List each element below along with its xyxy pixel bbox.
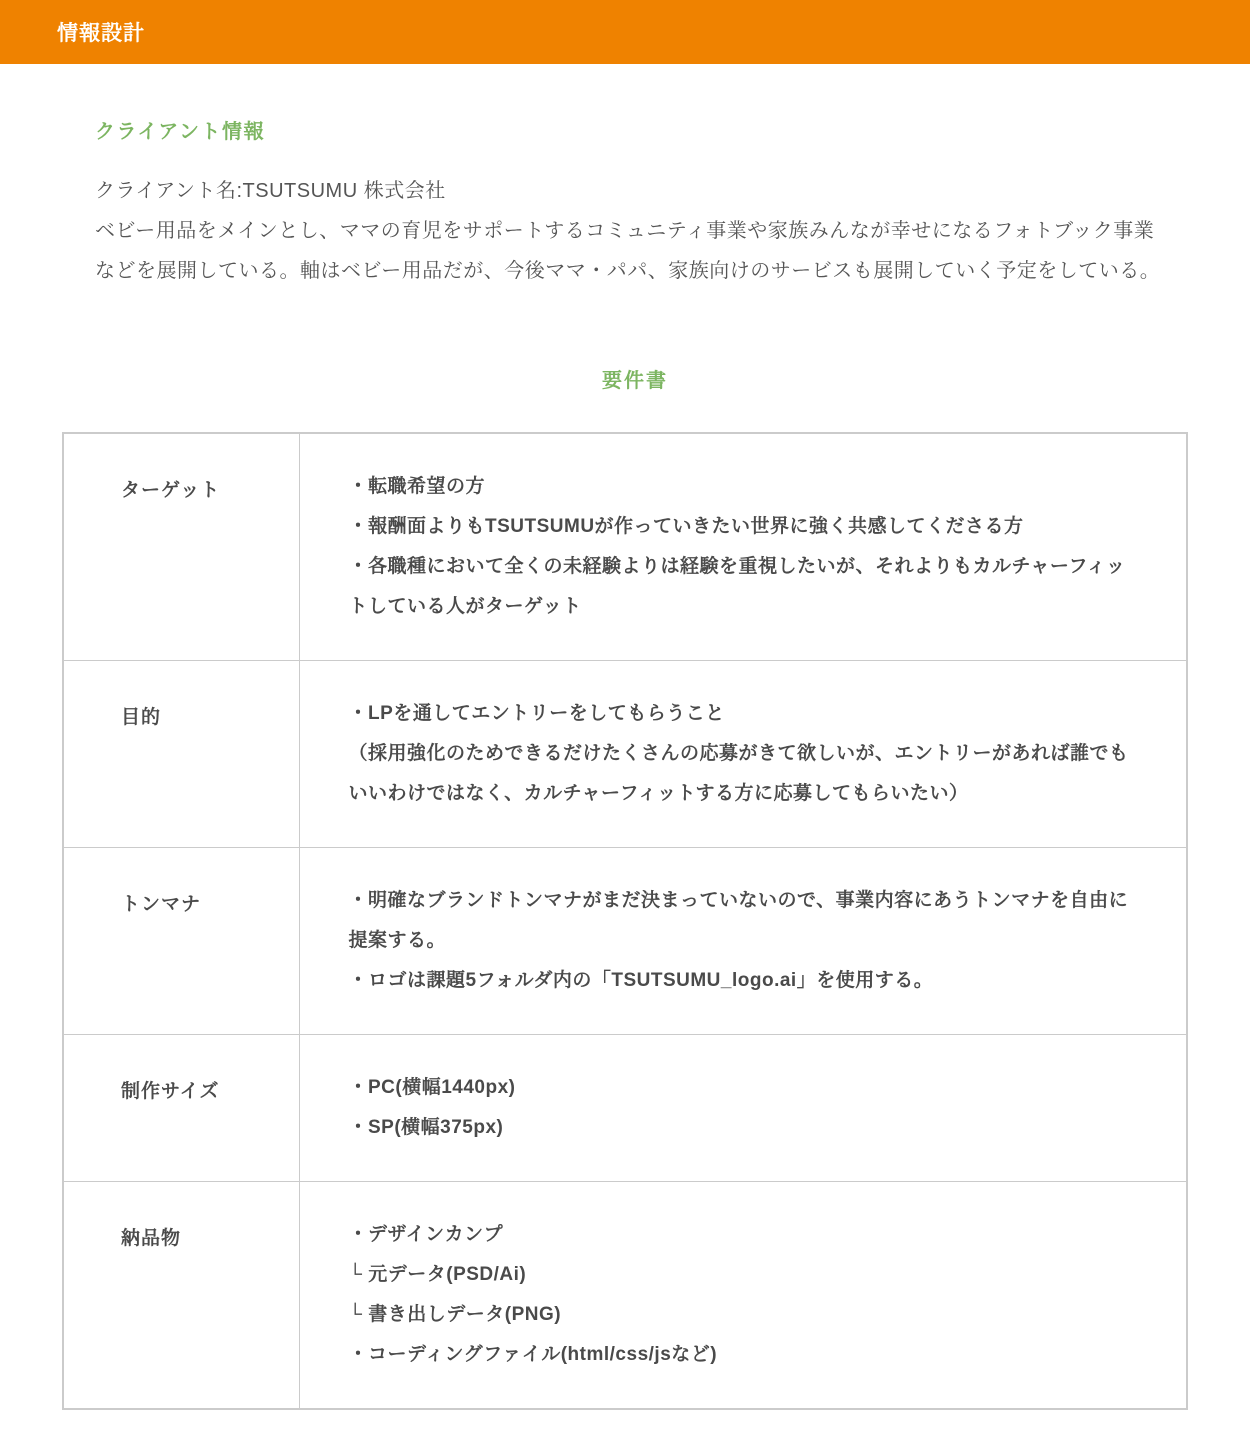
content-line: ・PC(横幅1440px) <box>349 1068 1139 1108</box>
row-label-target: ターゲット <box>63 433 299 661</box>
requirements-table: ターゲット ・転職希望の方 ・報酬面よりもTSUTSUMUが作っていきたい世界に… <box>62 432 1188 1410</box>
row-content-deliverables: ・デザインカンプ └ 元データ(PSD/Ai) └ 書き出しデータ(PNG) ・… <box>299 1182 1187 1410</box>
client-info-paragraph: クライアント名:TSUTSUMU 株式会社 ベビー用品をメインとし、ママの育児を… <box>95 171 1170 291</box>
content-line: ・ロゴは課題5フォルダ内の「TSUTSUMU_logo.ai」を使用する。 <box>349 961 1139 1001</box>
client-info-heading: クライアント情報 <box>95 115 1175 144</box>
content-line: ・コーディングファイル(html/css/jsなど) <box>349 1335 1139 1375</box>
table-row-target: ターゲット ・転職希望の方 ・報酬面よりもTSUTSUMUが作っていきたい世界に… <box>63 433 1187 661</box>
content-line: ・デザインカンプ <box>349 1215 1139 1255</box>
content-line: ・LPを通してエントリーをしてもらうこと <box>349 694 1139 734</box>
table-row-production-size: 制作サイズ ・PC(横幅1440px) ・SP(横幅375px) <box>63 1035 1187 1182</box>
content-line: └ 書き出しデータ(PNG) <box>349 1295 1139 1335</box>
row-label-deliverables: 納品物 <box>63 1182 299 1410</box>
client-name-line: クライアント名:TSUTSUMU 株式会社 <box>95 171 1170 211</box>
row-label-production-size: 制作サイズ <box>63 1035 299 1182</box>
requirements-heading: 要件書 <box>95 364 1175 393</box>
table-row-deliverables: 納品物 ・デザインカンプ └ 元データ(PSD/Ai) └ 書き出しデータ(PN… <box>63 1182 1187 1410</box>
row-content-purpose: ・LPを通してエントリーをしてもらうこと （採用強化のためできるだけたくさんの応… <box>299 661 1187 848</box>
content-line: ・報酬面よりもTSUTSUMUが作っていきたい世界に強く共感してくださる方 <box>349 507 1139 547</box>
content-line: ・各職種において全くの未経験よりは経験を重視したいが、それよりもカルチャーフィッ… <box>349 547 1139 627</box>
content-line: ・転職希望の方 <box>349 467 1139 507</box>
row-content-target: ・転職希望の方 ・報酬面よりもTSUTSUMUが作っていきたい世界に強く共感して… <box>299 433 1187 661</box>
content-line: （採用強化のためできるだけたくさんの応募がきて欲しいが、エントリーがあれば誰でも… <box>349 734 1139 814</box>
section-title-bar: 情報設計 <box>0 0 1250 64</box>
main-content: クライアント情報 クライアント名:TSUTSUMU 株式会社 ベビー用品をメイン… <box>0 115 1250 393</box>
row-content-production-size: ・PC(横幅1440px) ・SP(横幅375px) <box>299 1035 1187 1182</box>
row-label-purpose: 目的 <box>63 661 299 848</box>
content-line: ・明確なブランドトンマナがまだ決まっていないので、事業内容にあうトンマナを自由に… <box>349 881 1139 961</box>
document-page: 情報設計 クライアント情報 クライアント名:TSUTSUMU 株式会社 ベビー用… <box>0 0 1250 1431</box>
row-label-tone-manner: トンマナ <box>63 848 299 1035</box>
row-content-tone-manner: ・明確なブランドトンマナがまだ決まっていないので、事業内容にあうトンマナを自由に… <box>299 848 1187 1035</box>
content-line: └ 元データ(PSD/Ai) <box>349 1255 1139 1295</box>
table-row-tone-manner: トンマナ ・明確なブランドトンマナがまだ決まっていないので、事業内容にあうトンマ… <box>63 848 1187 1035</box>
content-line: ・SP(横幅375px) <box>349 1108 1139 1148</box>
client-description: ベビー用品をメインとし、ママの育児をサポートするコミュニティ事業や家族みんなが幸… <box>95 211 1170 291</box>
page-title: 情報設計 <box>57 17 145 47</box>
table-row-purpose: 目的 ・LPを通してエントリーをしてもらうこと （採用強化のためできるだけたくさ… <box>63 661 1187 848</box>
